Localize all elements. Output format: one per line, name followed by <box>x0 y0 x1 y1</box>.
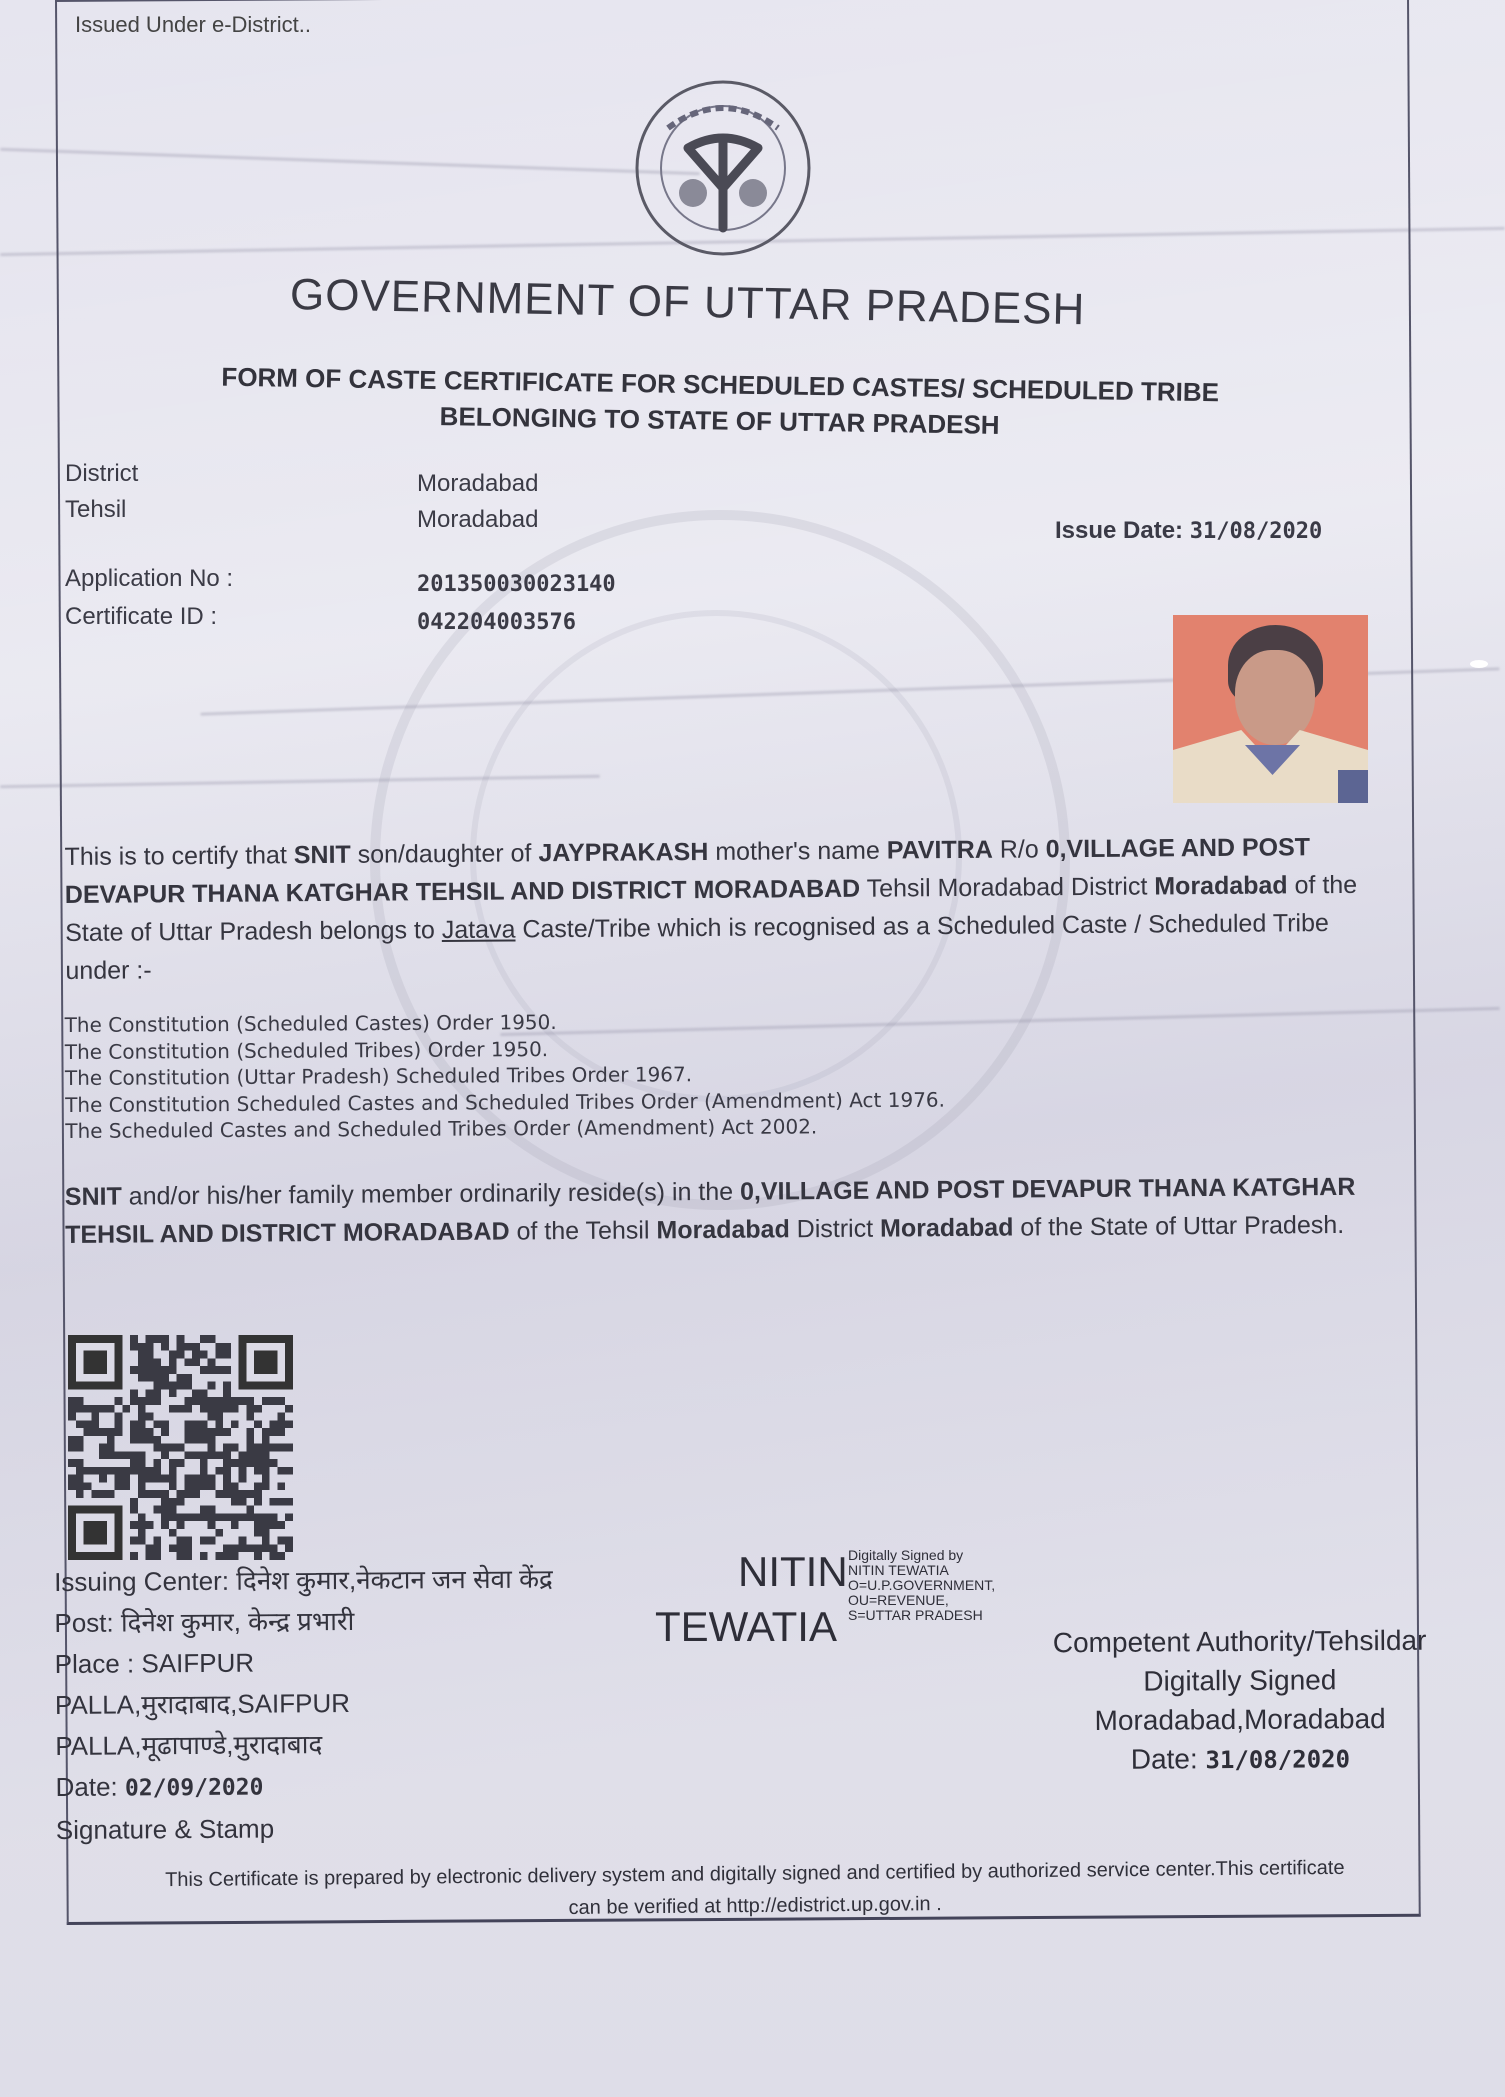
residence-paragraph: SNIT and/or his/her family member ordina… <box>65 1168 1386 1254</box>
signer-last-name: TEWATIA <box>655 1603 837 1651</box>
father-name: JAYPRAKASH <box>538 838 708 867</box>
applicant-name: SNIT <box>294 841 351 869</box>
district-name: Moradabad <box>1154 871 1288 900</box>
resident-name: SNIT <box>65 1183 122 1211</box>
light-glare <box>1470 660 1488 668</box>
authority-location: Moradabad,Moradabad <box>1030 1699 1450 1741</box>
tehsil-value: Moradabad <box>417 506 538 534</box>
authority-date: Date: 31/08/2020 <box>1030 1738 1450 1782</box>
certification-paragraph: This is to certify that SNIT son/daughte… <box>64 828 1385 990</box>
issue-date: Issue Date: 31/08/2020 <box>1055 517 1322 545</box>
order-item: The Scheduled Castes and Scheduled Tribe… <box>65 1113 945 1145</box>
authority-title: Competent Authority/Tehsildar <box>1029 1621 1449 1663</box>
issuer-place: Place : SAIFPUR <box>55 1641 554 1685</box>
district-label: District <box>65 460 138 488</box>
certificate-id-value: 042204003576 <box>417 610 576 635</box>
issuing-center-block: Issuing Center: दिनेश कुमार,नेकटान जन से… <box>54 1559 555 1851</box>
application-no-value: 201350030023140 <box>417 572 616 597</box>
caste-name: Jatava <box>442 915 516 944</box>
issued-under-note: Issued Under e-District.. <box>75 12 311 38</box>
competent-authority-block: Competent Authority/Tehsildar Digitally … <box>1029 1621 1450 1782</box>
issuing-center: Issuing Center: दिनेश कुमार,नेकटान जन से… <box>54 1559 553 1603</box>
tehsil-label: Tehsil <box>65 496 126 524</box>
issuer-date: Date: 02/09/2020 <box>55 1764 554 1810</box>
issuer-post: Post: दिनेश कुमार, केन्द्र प्रभारी <box>54 1600 553 1644</box>
mother-name: PAVITRA <box>887 836 993 865</box>
application-no-label: Application No : <box>65 565 233 593</box>
signature-stamp-label: Signature & Stamp <box>56 1807 555 1851</box>
certificate-id-label: Certificate ID : <box>65 603 217 631</box>
uttar-pradesh-emblem-icon <box>628 78 818 258</box>
digital-signature-block: NITIN TEWATIA Digitally Signed by NITIN … <box>655 1548 1035 1658</box>
issue-date-value: 31/08/2020 <box>1190 519 1322 544</box>
orders-list: The Constitution (Scheduled Castes) Orde… <box>65 1007 946 1145</box>
issue-date-label: Issue Date: <box>1055 517 1183 544</box>
district-value: Moradabad <box>417 470 538 498</box>
signature-details: Digitally Signed by NITIN TEWATIA O=U.P.… <box>848 1548 995 1623</box>
issuer-place-line3: PALLA,मूढापाण्डे,मुरादाबाद <box>55 1723 554 1767</box>
qr-code-icon[interactable] <box>68 1335 293 1560</box>
applicant-photo <box>1173 615 1368 803</box>
authority-signed: Digitally Signed <box>1030 1660 1450 1702</box>
signer-first-name: NITIN <box>738 1548 848 1596</box>
issuer-place-line2: PALLA,मुरादाबाद,SAIFPUR <box>55 1682 554 1726</box>
